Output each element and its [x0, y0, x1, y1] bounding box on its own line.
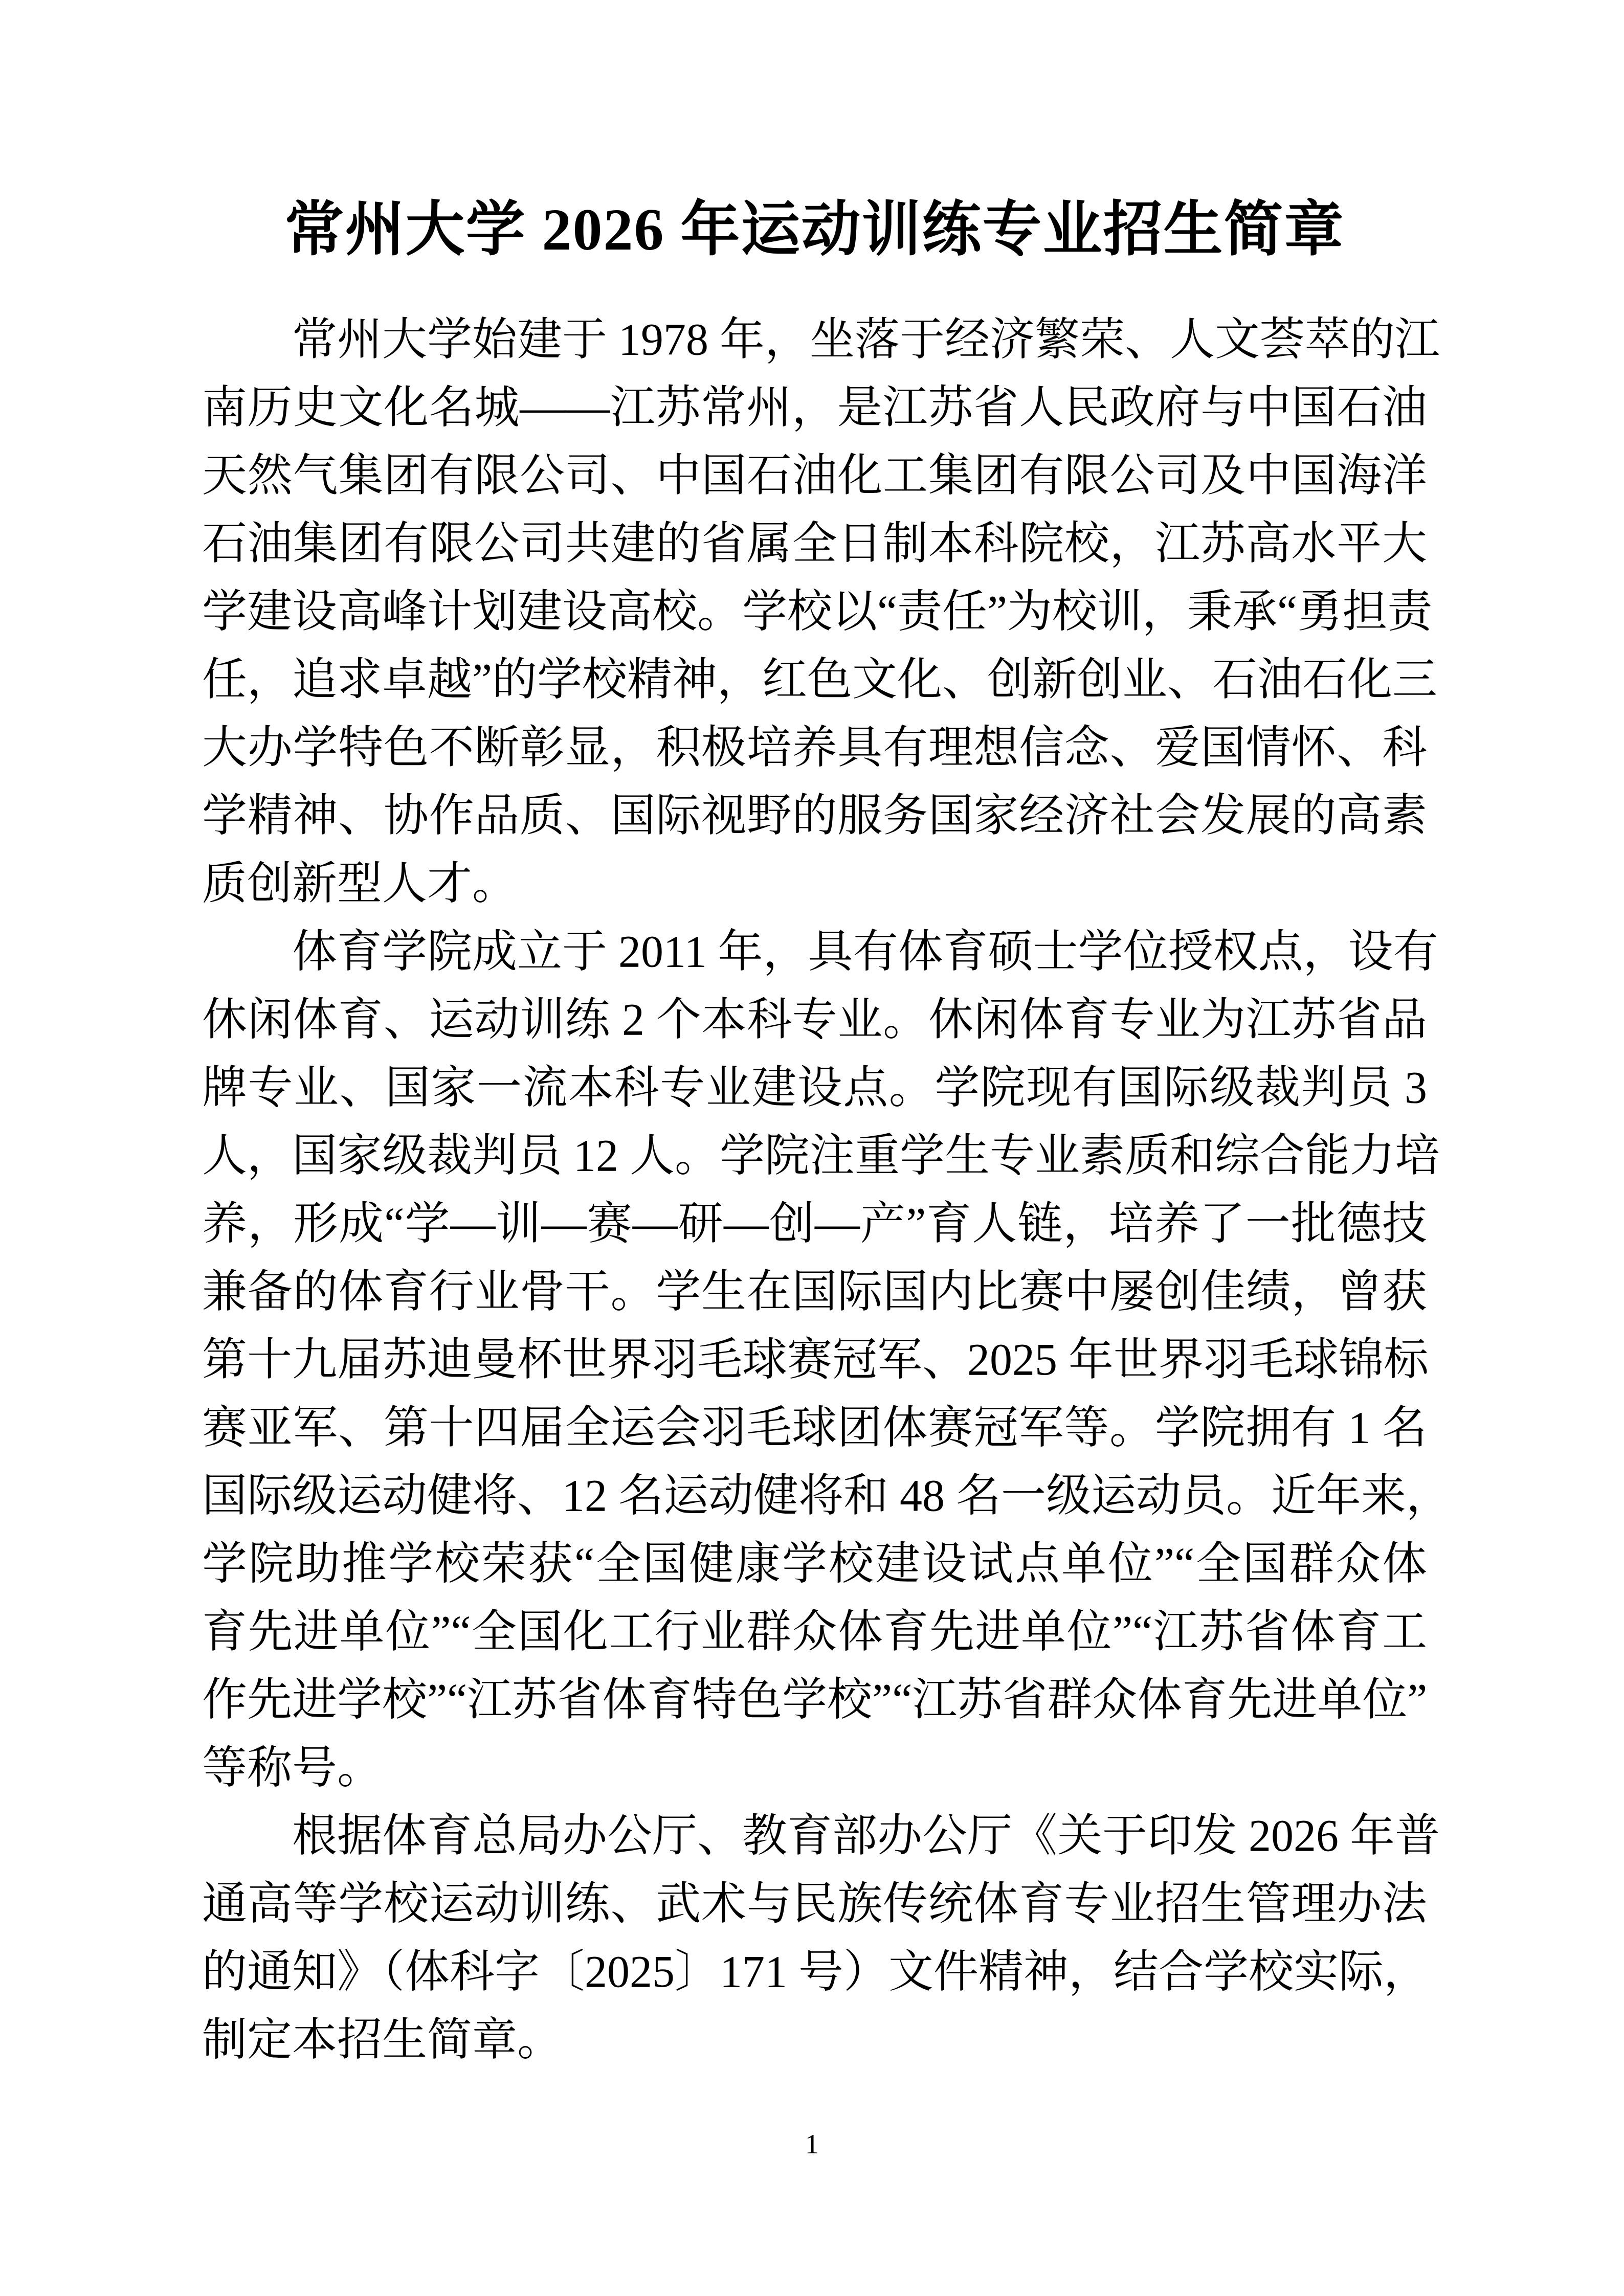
- page-number: 1: [0, 2121, 1624, 2167]
- text-line: 根据体育总局办公厅、教育部办公厅《关于印发 2026 年普: [202, 1802, 1427, 1870]
- text-line: 学院助推学校荣获“全国健康学校建设试点单位”“全国群众体: [202, 1530, 1427, 1598]
- text-line: 通高等学校运动训练、武术与民族传统体育专业招生管理办法: [202, 1870, 1427, 1938]
- text-line: 学建设高峰计划建设高校。学校以“责任”为校训，秉承“勇担责: [202, 578, 1427, 646]
- text-line: 南历史文化名城——江苏常州，是江苏省人民政府与中国石油: [202, 374, 1427, 442]
- text-line: 赛亚军、第十四届全运会羽毛球团体赛冠军等。学院拥有 1 名: [202, 1394, 1427, 1462]
- text-line: 养，形成“学—训—赛—研—创—产”育人链，培养了一批德技: [202, 1190, 1427, 1258]
- text-line: 天然气集团有限公司、中国石油化工集团有限公司及中国海洋: [202, 442, 1427, 510]
- text-line: 育先进单位”“全国化工行业群众体育先进单位”“江苏省体育工: [202, 1598, 1427, 1666]
- paragraph: 体育学院成立于 2011 年，具有体育硕士学位授权点，设有休闲体育、运动训练 2…: [202, 918, 1427, 1802]
- text-line: 的通知》（体科字〔2025〕171 号）文件精神，结合学校实际，: [202, 1938, 1427, 2006]
- document-title: 常州大学 2026 年运动训练专业招生简章: [202, 199, 1427, 262]
- text-line: 常州大学始建于 1978 年，坐落于经济繁荣、人文荟萃的江: [202, 306, 1427, 374]
- text-line: 牌专业、国家一流本科专业建设点。学院现有国际级裁判员 3: [202, 1054, 1427, 1122]
- text-line: 国际级运动健将、12 名运动健将和 48 名一级运动员。近年来，: [202, 1462, 1427, 1530]
- text-line: 等称号。: [202, 1734, 1427, 1802]
- text-line: 体育学院成立于 2011 年，具有体育硕士学位授权点，设有: [202, 918, 1427, 986]
- text-line: 兼备的体育行业骨干。学生在国际国内比赛中屡创佳绩，曾获: [202, 1258, 1427, 1326]
- text-line: 制定本招生简章。: [202, 2006, 1427, 2074]
- text-line: 第十九届苏迪曼杯世界羽毛球赛冠军、2025 年世界羽毛球锦标: [202, 1326, 1427, 1394]
- text-line: 学精神、协作品质、国际视野的服务国家经济社会发展的高素: [202, 782, 1427, 850]
- paragraph: 根据体育总局办公厅、教育部办公厅《关于印发 2026 年普通高等学校运动训练、武…: [202, 1802, 1427, 2074]
- text-line: 大办学特色不断彰显，积极培养具有理想信念、爱国情怀、科: [202, 714, 1427, 782]
- text-line: 人，国家级裁判员 12 人。学院注重学生专业素质和综合能力培: [202, 1122, 1427, 1190]
- text-line: 任，追求卓越”的学校精神，红色文化、创新创业、石油石化三: [202, 646, 1427, 714]
- paragraph: 常州大学始建于 1978 年，坐落于经济繁荣、人文荟萃的江南历史文化名城——江苏…: [202, 306, 1427, 918]
- text-line: 石油集团有限公司共建的省属全日制本科院校，江苏高水平大: [202, 510, 1427, 578]
- document-page: 常州大学 2026 年运动训练专业招生简章 常州大学始建于 1978 年，坐落于…: [0, 0, 1624, 2296]
- document-body: 常州大学始建于 1978 年，坐落于经济繁荣、人文荟萃的江南历史文化名城——江苏…: [202, 306, 1427, 2074]
- text-line: 作先进学校”“江苏省体育特色学校”“江苏省群众体育先进单位”: [202, 1666, 1427, 1734]
- text-line: 休闲体育、运动训练 2 个本科专业。休闲体育专业为江苏省品: [202, 986, 1427, 1054]
- text-line: 质创新型人才。: [202, 850, 1427, 918]
